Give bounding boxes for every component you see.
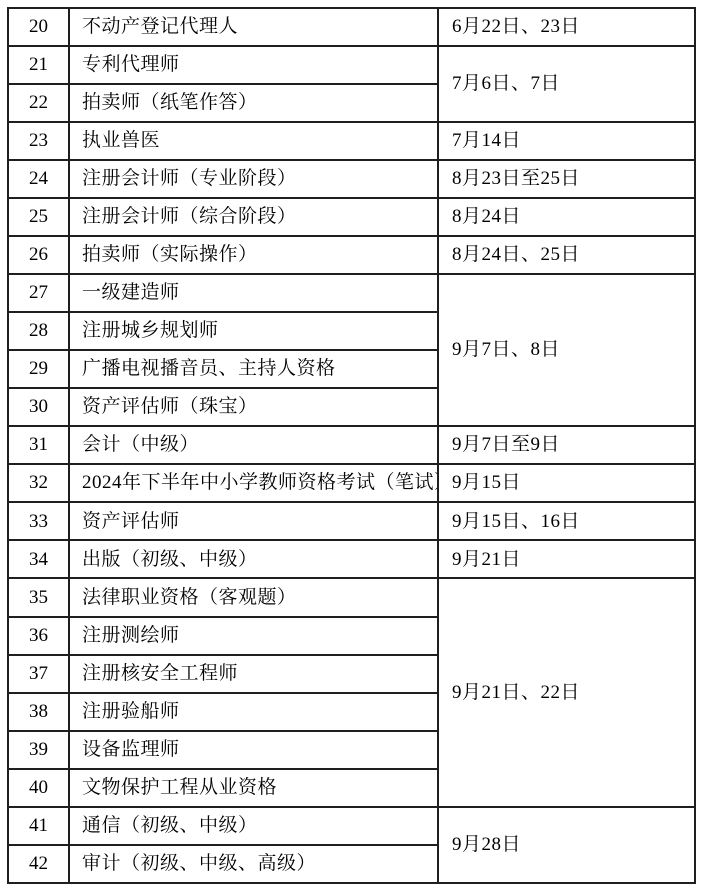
row-number-cell: 29 xyxy=(8,350,69,388)
row-number-cell: 33 xyxy=(8,502,69,540)
exam-name-cell: 资产评估师（珠宝） xyxy=(69,388,438,426)
table-row: 41通信（初级、中级）9月28日 xyxy=(8,807,695,845)
table-row: 24注册会计师（专业阶段）8月23日至25日 xyxy=(8,160,695,198)
exam-name-cell: 一级建造师 xyxy=(69,274,438,312)
row-number-cell: 34 xyxy=(8,540,69,578)
row-number-cell: 30 xyxy=(8,388,69,426)
exam-name-cell: 文物保护工程从业资格 xyxy=(69,769,438,807)
exam-name-cell: 专利代理师 xyxy=(69,46,438,84)
row-number-cell: 26 xyxy=(8,236,69,274)
exam-name-cell: 注册会计师（综合阶段） xyxy=(69,198,438,236)
exam-name-cell: 拍卖师（实际操作） xyxy=(69,236,438,274)
table-row: 35法律职业资格（客观题）9月21日、22日 xyxy=(8,578,695,616)
exam-name-cell: 广播电视播音员、主持人资格 xyxy=(69,350,438,388)
row-number-cell: 23 xyxy=(8,122,69,160)
exam-date-cell: 9月7日至9日 xyxy=(438,426,695,464)
exam-date-cell: 8月24日、25日 xyxy=(438,236,695,274)
exam-name-cell: 审计（初级、中级、高级） xyxy=(69,845,438,883)
row-number-cell: 24 xyxy=(8,160,69,198)
exam-date-cell: 8月24日 xyxy=(438,198,695,236)
exam-name-cell: 执业兽医 xyxy=(69,122,438,160)
exam-date-cell: 9月7日、8日 xyxy=(438,274,695,426)
table-row: 25注册会计师（综合阶段）8月24日 xyxy=(8,198,695,236)
row-number-cell: 38 xyxy=(8,693,69,731)
row-number-cell: 31 xyxy=(8,426,69,464)
row-number-cell: 41 xyxy=(8,807,69,845)
row-number-cell: 21 xyxy=(8,46,69,84)
exam-name-cell: 注册验船师 xyxy=(69,693,438,731)
document-page: 20不动产登记代理人6月22日、23日21专利代理师7月6日、7日22拍卖师（纸… xyxy=(0,0,704,893)
table-row: 31会计（中级）9月7日至9日 xyxy=(8,426,695,464)
exam-name-cell: 不动产登记代理人 xyxy=(69,8,438,46)
exam-name-cell: 出版（初级、中级） xyxy=(69,540,438,578)
row-number-cell: 36 xyxy=(8,617,69,655)
table-row: 27一级建造师9月7日、8日 xyxy=(8,274,695,312)
exam-date-cell: 8月23日至25日 xyxy=(438,160,695,198)
exam-schedule-table: 20不动产登记代理人6月22日、23日21专利代理师7月6日、7日22拍卖师（纸… xyxy=(7,7,696,884)
exam-date-cell: 9月15日、16日 xyxy=(438,502,695,540)
exam-date-cell: 9月21日 xyxy=(438,540,695,578)
exam-name-cell: 注册核安全工程师 xyxy=(69,655,438,693)
exam-name-cell: 法律职业资格（客观题） xyxy=(69,578,438,616)
exam-date-cell: 9月15日 xyxy=(438,464,695,502)
table-row: 20不动产登记代理人6月22日、23日 xyxy=(8,8,695,46)
exam-name-cell: 2024年下半年中小学教师资格考试（笔试） xyxy=(69,464,438,502)
row-number-cell: 28 xyxy=(8,312,69,350)
exam-name-cell: 注册会计师（专业阶段） xyxy=(69,160,438,198)
exam-date-cell: 7月14日 xyxy=(438,122,695,160)
table-row: 21专利代理师7月6日、7日 xyxy=(8,46,695,84)
row-number-cell: 42 xyxy=(8,845,69,883)
table-row: 26拍卖师（实际操作）8月24日、25日 xyxy=(8,236,695,274)
exam-name-cell: 资产评估师 xyxy=(69,502,438,540)
exam-date-cell: 9月28日 xyxy=(438,807,695,883)
row-number-cell: 27 xyxy=(8,274,69,312)
exam-name-cell: 通信（初级、中级） xyxy=(69,807,438,845)
exam-name-cell: 会计（中级） xyxy=(69,426,438,464)
row-number-cell: 32 xyxy=(8,464,69,502)
row-number-cell: 40 xyxy=(8,769,69,807)
table-row: 23执业兽医7月14日 xyxy=(8,122,695,160)
row-number-cell: 39 xyxy=(8,731,69,769)
row-number-cell: 22 xyxy=(8,84,69,122)
exam-date-cell: 7月6日、7日 xyxy=(438,46,695,122)
exam-date-cell: 6月22日、23日 xyxy=(438,8,695,46)
exam-schedule-table-body: 20不动产登记代理人6月22日、23日21专利代理师7月6日、7日22拍卖师（纸… xyxy=(8,8,695,883)
exam-name-cell: 拍卖师（纸笔作答） xyxy=(69,84,438,122)
exam-name-cell: 设备监理师 xyxy=(69,731,438,769)
row-number-cell: 20 xyxy=(8,8,69,46)
row-number-cell: 25 xyxy=(8,198,69,236)
exam-name-cell: 注册测绘师 xyxy=(69,617,438,655)
row-number-cell: 35 xyxy=(8,578,69,616)
table-row: 322024年下半年中小学教师资格考试（笔试）9月15日 xyxy=(8,464,695,502)
table-row: 34出版（初级、中级）9月21日 xyxy=(8,540,695,578)
exam-name-cell: 注册城乡规划师 xyxy=(69,312,438,350)
table-row: 33资产评估师9月15日、16日 xyxy=(8,502,695,540)
exam-date-cell: 9月21日、22日 xyxy=(438,578,695,806)
row-number-cell: 37 xyxy=(8,655,69,693)
